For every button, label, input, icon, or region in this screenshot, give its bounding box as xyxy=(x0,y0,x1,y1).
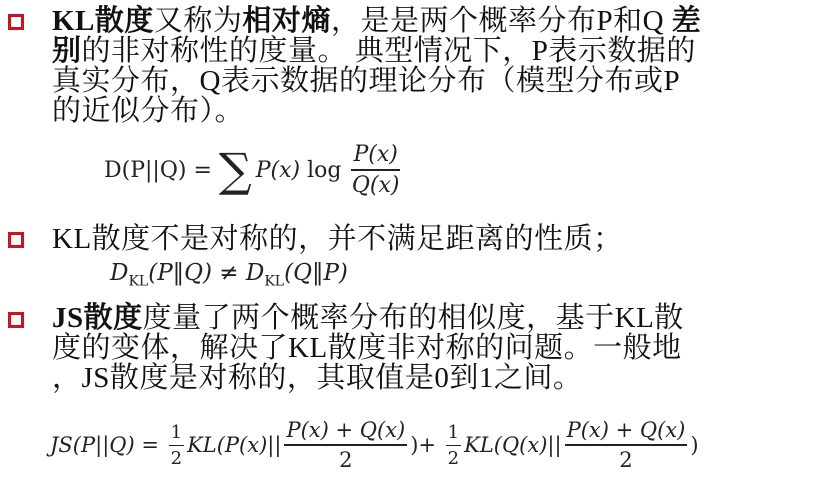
numerator: P(x) + Q(x) xyxy=(284,418,407,446)
js-line-3: ，JS散度是对称的，其取值是0到1之间。 xyxy=(52,363,684,393)
kl-divergence-term: KL散度 xyxy=(52,5,154,37)
formula-lhs: JS(P||Q) = xyxy=(50,433,166,457)
kl-line-1: KL散度又称为相对熵，是是两个概率分布P和Q 差 xyxy=(52,6,701,36)
kl-formula: D(P||Q) = ∑ P(x) log P(x) Q(x) xyxy=(104,142,403,198)
mixture-fraction: P(x) + Q(x) 2 xyxy=(565,418,688,472)
denominator: Q(x) xyxy=(352,171,400,198)
text: (P‖Q) ≠ xyxy=(148,260,246,286)
numerator: P(x) xyxy=(351,142,399,171)
half-fraction: 1 2 xyxy=(446,422,461,469)
bullet-square-icon xyxy=(8,232,24,248)
denominator: 2 xyxy=(448,446,459,469)
text: D xyxy=(246,260,264,286)
half-fraction: 1 2 xyxy=(169,422,184,469)
kl-asymmetry-paragraph: KL散度不是对称的，并不满足距离的性质； xyxy=(52,224,623,254)
formula-fraction: P(x) Q(x) xyxy=(351,142,399,198)
text: 别 xyxy=(52,35,82,67)
formula-log: log xyxy=(300,158,348,183)
numerator: P(x) + Q(x) xyxy=(565,418,688,446)
text: KL(P(x)|| xyxy=(187,433,281,457)
formula-term: P(x) xyxy=(256,158,300,183)
text: (Q‖P) xyxy=(284,260,348,286)
text: KL(Q(x)|| xyxy=(464,433,561,457)
text: 差 xyxy=(672,5,702,37)
bullet-square-icon xyxy=(8,14,24,30)
text: 的非对称性的度量。 典型情况下，P表示数据的 xyxy=(82,35,696,67)
denominator: 2 xyxy=(171,446,182,469)
js-divergence-term: JS散度 xyxy=(52,302,143,334)
text: KL xyxy=(128,274,148,290)
text: KL xyxy=(264,274,284,290)
kl-asymmetry-formula: DKL(P‖Q) ≠ DKL(Q‖P) xyxy=(110,260,348,290)
kl-asymmetry-line: KL散度不是对称的，并不满足距离的性质； xyxy=(52,224,623,254)
text: )+ xyxy=(410,433,442,457)
js-line-1: JS散度度量了两个概率分布的相似度，基于KL散 xyxy=(52,303,684,333)
formula-lhs: D(P||Q) = xyxy=(104,158,219,183)
numerator: 1 xyxy=(169,422,184,446)
js-formula: JS(P||Q) = 1 2 KL(P(x)|| P(x) + Q(x) 2 )… xyxy=(50,418,699,472)
numerator: 1 xyxy=(446,422,461,446)
text: D xyxy=(110,260,128,286)
mixture-fraction: P(x) + Q(x) 2 xyxy=(284,418,407,472)
bullet-square-icon xyxy=(8,312,24,328)
text: 度量了两个概率分布的相似度，基于KL散 xyxy=(143,302,684,334)
js-definition-paragraph: JS散度度量了两个概率分布的相似度，基于KL散 度的变体，解决了KL散度非对称的… xyxy=(52,303,684,393)
relative-entropy-term: 相对熵 xyxy=(242,5,331,37)
text: ) xyxy=(690,433,698,457)
kl-line-3: 真实分布，Q表示数据的理论分布（模型分布或P xyxy=(52,66,701,96)
kl-definition-paragraph: KL散度又称为相对熵，是是两个概率分布P和Q 差 别的非对称性的度量。 典型情况… xyxy=(52,6,701,126)
text: 又称为 xyxy=(154,5,243,37)
kl-line-2: 别的非对称性的度量。 典型情况下，P表示数据的 xyxy=(52,36,701,66)
denominator: 2 xyxy=(619,446,632,472)
js-line-2: 度的变体，解决了KL散度非对称的问题。一般地 xyxy=(52,333,684,363)
sum-symbol-icon: ∑ xyxy=(219,147,252,193)
kl-line-4: 的近似分布）。 xyxy=(52,96,701,126)
text: ，是是两个概率分布P和Q xyxy=(331,5,672,37)
denominator: 2 xyxy=(339,446,352,472)
